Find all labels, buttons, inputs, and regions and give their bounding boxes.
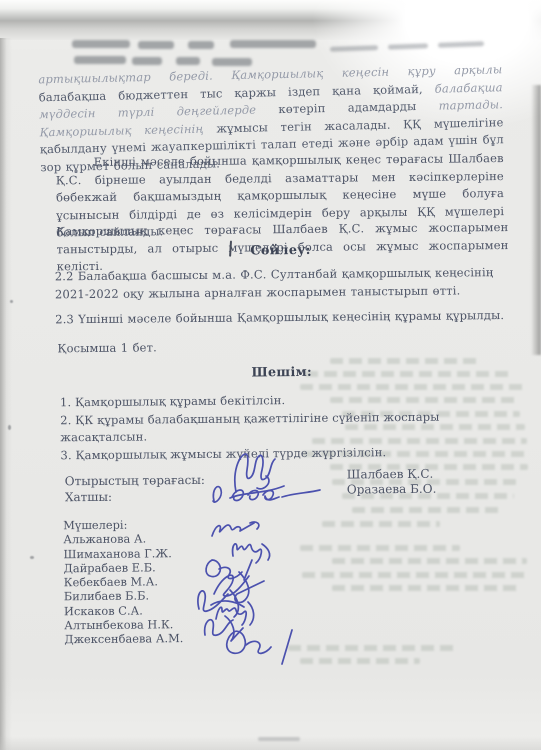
decision-item: 3. Қамқоршылық жұмысы жүйелі түрде жүргі…: [60, 442, 520, 464]
member-name: Алтынбекова Н.К.: [64, 617, 183, 632]
secretary-signature: [206, 477, 326, 507]
speech-item-2-2: 2.2 Балабақша басшысы м.а. Ф.С. Султанба…: [55, 264, 513, 304]
decision-item: 2. ҚК құрамы балабақшаның қажеттілігіне …: [60, 407, 520, 446]
member-name: Дайрабаев Е.Б.: [64, 560, 183, 575]
member-signature: [220, 624, 302, 674]
chair-label: Отырыстың төрағасы:: [65, 473, 205, 488]
member-name: Альжанова А.: [63, 531, 182, 546]
para1-segment: көтеріп адамдарды: [256, 99, 439, 117]
chair-name: Шалбаев Қ.С.: [347, 467, 434, 482]
para1-segment: артықшылықтар береді.: [38, 68, 231, 86]
attachment-note: Қосымша 1 бет.: [57, 336, 457, 357]
secretary-name: Оразаева Б.О.: [347, 482, 437, 497]
member-name: Джексенбаева А.М.: [64, 632, 183, 647]
decision-heading: Шешім:: [58, 363, 506, 382]
scanned-document-page: артықшылықтар береді. Қамқоршылық кеңесі…: [0, 0, 541, 750]
member-name: Кебекбаев М.А.: [64, 574, 183, 589]
member-name: Шимаханова Г.Ж.: [63, 546, 182, 561]
members-list: Мүшелері: Альжанова А. Шимаханова Г.Ж. Д…: [63, 517, 183, 647]
decision-list: 1. Қамқоршылық құрамы бекітілсін. 2. ҚК …: [60, 390, 521, 464]
member-name: Искаков С.А.: [64, 603, 183, 618]
member-name: Билибаев Б.Б.: [64, 589, 183, 604]
members-label: Мүшелері:: [63, 517, 182, 532]
speech-item-2-3: 2.3 Үшінші мәселе бойынша Қамқоршылық ке…: [55, 307, 513, 329]
secretary-label: Хатшы:: [65, 490, 112, 504]
para1-segment: Қамқоршылық кеңесін құру арқылы: [231, 62, 502, 82]
